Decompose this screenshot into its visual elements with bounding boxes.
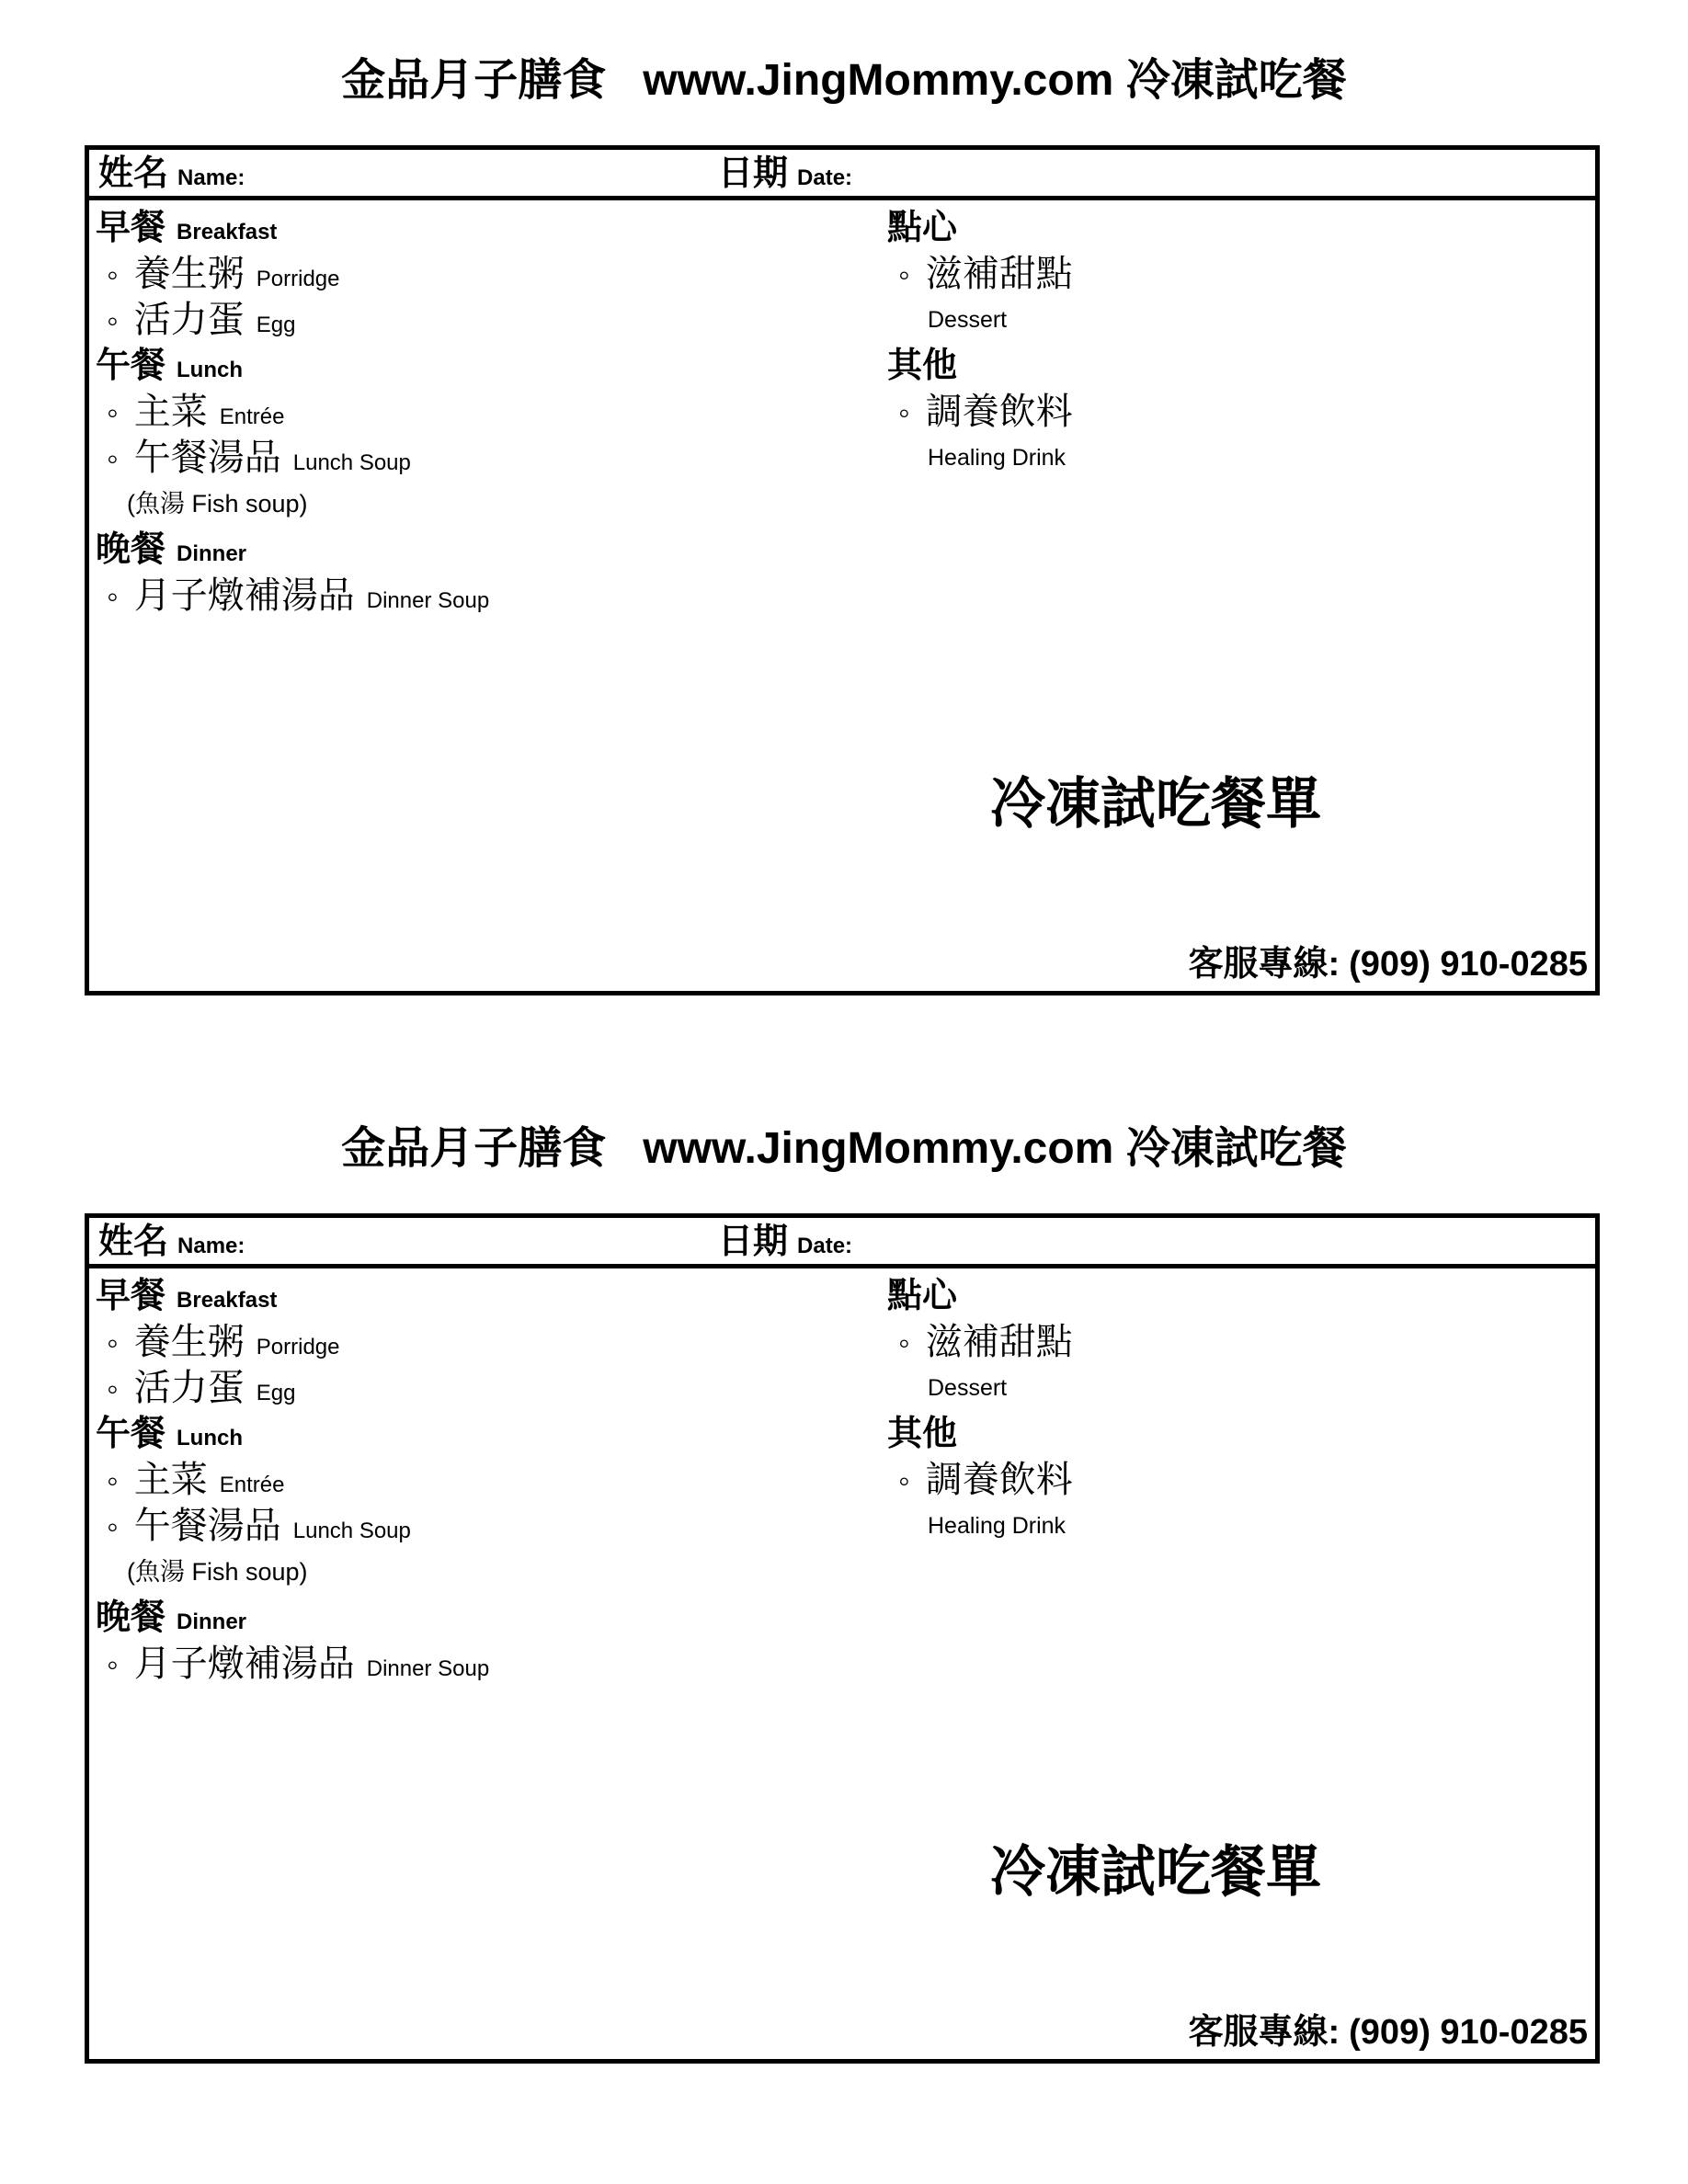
bullet-icon: ◦	[107, 439, 119, 477]
section-breakfast: 早餐Breakfast	[96, 1273, 489, 1319]
section-snack: 點心	[887, 1273, 1073, 1319]
hotline-label: 客服專線:	[1188, 945, 1340, 984]
bullet-icon: ◦	[898, 256, 910, 293]
name-date-header: 姓名Name: 日期Date:	[89, 150, 1595, 200]
item-porridge: ◦養生粥Porridge	[96, 1319, 489, 1365]
item-dessert: ◦滋補甜點	[887, 251, 1073, 297]
bullet-icon: ◦	[107, 301, 119, 339]
name-label-en: Name:	[177, 165, 245, 190]
item-dinner-soup: ◦月子燉補湯品Dinner Soup	[96, 573, 489, 619]
hotline: 客服專線:(909) 910-0285	[1188, 2009, 1588, 2055]
section-lunch: 午餐Lunch	[96, 1411, 489, 1457]
section-dinner: 晚餐Dinner	[96, 527, 489, 573]
section-snack: 點心	[887, 205, 1073, 251]
name-date-header: 姓名Name: 日期Date:	[89, 1218, 1595, 1268]
hotline-label: 客服專線:	[1188, 2013, 1340, 2052]
bullet-icon: ◦	[898, 1324, 910, 1361]
hotline-number: (909) 910-0285	[1349, 2013, 1588, 2052]
name-field: 姓名Name:	[98, 1218, 245, 1273]
bullet-icon: ◦	[107, 1507, 119, 1545]
section-dinner: 晚餐Dinner	[96, 1595, 489, 1641]
menu-body: 早餐Breakfast ◦養生粥Porridge ◦活力蛋Egg 午餐Lunch…	[89, 205, 1595, 991]
bullet-icon: ◦	[107, 393, 119, 431]
name-field: 姓名Name:	[98, 150, 245, 205]
bullet-icon: ◦	[107, 577, 119, 615]
date-field: 日期Date:	[718, 150, 852, 205]
item-lunch-soup: ◦午餐湯品Lunch Soup	[96, 435, 489, 481]
hotline-number: (909) 910-0285	[1349, 945, 1588, 984]
item-porridge: ◦養生粥Porridge	[96, 251, 489, 297]
item-dinner-soup: ◦月子燉補湯品Dinner Soup	[96, 1641, 489, 1687]
section-breakfast: 早餐Breakfast	[96, 205, 489, 251]
bullet-icon: ◦	[898, 393, 910, 431]
hotline: 客服專線:(909) 910-0285	[1188, 941, 1588, 987]
page-title: 金品月子膳食 www.JingMommy.com 冷凍試吃餐	[0, 53, 1688, 108]
slip-watermark-title: 冷凍試吃餐單	[889, 1836, 1422, 1909]
section-other: 其他	[887, 343, 1073, 389]
sub-healing-drink-en: Healing Drink	[887, 1503, 1073, 1549]
item-dessert: ◦滋補甜點	[887, 1319, 1073, 1365]
item-healing-drink: ◦調養飲料	[887, 389, 1073, 435]
menu-slip-2: 金品月子膳食 www.JingMommy.com 冷凍試吃餐 姓名Name: 日…	[0, 1068, 1688, 2162]
date-label-cjk: 日期	[718, 1223, 788, 1261]
menu-column-right: 點心 ◦滋補甜點 Dessert 其他 ◦調養飲料 Healing Drink	[887, 1273, 1073, 1549]
bullet-icon: ◦	[107, 256, 119, 293]
name-label-cjk: 姓名	[98, 1223, 168, 1261]
sub-dessert-en: Dessert	[887, 297, 1073, 343]
date-label-en: Date:	[797, 1234, 852, 1258]
item-lunch-soup: ◦午餐湯品Lunch Soup	[96, 1503, 489, 1549]
section-other: 其他	[887, 1411, 1073, 1457]
name-label-cjk: 姓名	[98, 154, 168, 193]
section-lunch: 午餐Lunch	[96, 343, 489, 389]
item-egg: ◦活力蛋Egg	[96, 1365, 489, 1411]
item-egg: ◦活力蛋Egg	[96, 297, 489, 343]
bullet-icon: ◦	[898, 1462, 910, 1499]
menu-body: 早餐Breakfast ◦養生粥Porridge ◦活力蛋Egg 午餐Lunch…	[89, 1273, 1595, 2059]
sub-healing-drink-en: Healing Drink	[887, 435, 1073, 481]
menu-box: 姓名Name: 日期Date: 早餐Breakfast ◦養生粥Porridge…	[85, 1213, 1600, 2064]
note-fish-soup: (魚湯 Fish soup)	[96, 1549, 489, 1595]
date-label-cjk: 日期	[718, 154, 788, 193]
item-entree: ◦主菜Entrée	[96, 1457, 489, 1503]
page-title: 金品月子膳食 www.JingMommy.com 冷凍試吃餐	[0, 1121, 1688, 1177]
name-label-en: Name:	[177, 1234, 245, 1258]
bullet-icon: ◦	[107, 1462, 119, 1499]
bullet-icon: ◦	[107, 1324, 119, 1361]
date-field: 日期Date:	[718, 1218, 852, 1273]
menu-column-left: 早餐Breakfast ◦養生粥Porridge ◦活力蛋Egg 午餐Lunch…	[96, 1273, 489, 1687]
menu-box: 姓名Name: 日期Date: 早餐Breakfast ◦養生粥Porridge…	[85, 145, 1600, 995]
item-healing-drink: ◦調養飲料	[887, 1457, 1073, 1503]
menu-column-right: 點心 ◦滋補甜點 Dessert 其他 ◦調養飲料 Healing Drink	[887, 205, 1073, 481]
menu-column-left: 早餐Breakfast ◦養生粥Porridge ◦活力蛋Egg 午餐Lunch…	[96, 205, 489, 619]
menu-slip-1: 金品月子膳食 www.JingMommy.com 冷凍試吃餐 姓名Name: 日…	[0, 0, 1688, 1094]
sub-dessert-en: Dessert	[887, 1365, 1073, 1411]
note-fish-soup: (魚湯 Fish soup)	[96, 481, 489, 527]
slip-watermark-title: 冷凍試吃餐單	[889, 768, 1422, 841]
date-label-en: Date:	[797, 165, 852, 190]
bullet-icon: ◦	[107, 1645, 119, 1683]
item-entree: ◦主菜Entrée	[96, 389, 489, 435]
bullet-icon: ◦	[107, 1370, 119, 1407]
